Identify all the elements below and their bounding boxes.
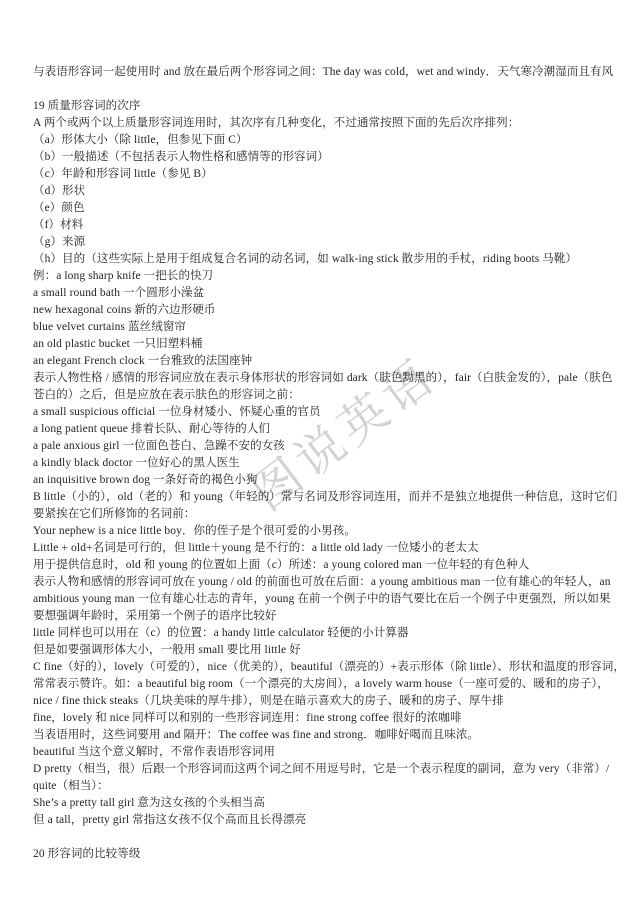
text-line: （d）形状 — [33, 183, 640, 200]
text-line: beautiful 当这个意义解时，不常作表语形容词用 — [33, 744, 640, 761]
text-line: 20 形容词的比较等级 — [33, 846, 640, 863]
text-line: an elegant French clock 一台雅致的法国座钟 — [33, 353, 640, 370]
text-line: Little + old+名词是可行的，但 little＋young 是不行的：… — [33, 540, 640, 557]
text-line: new hexagonal coins 新的六边形硬币 — [33, 302, 640, 319]
blank-line — [33, 829, 640, 846]
text-line: C fine（好的），lovely（可爱的），nice（优美的），beautif… — [33, 659, 640, 676]
text-line: （a）形体大小（除 little，但参见下面 C） — [33, 132, 640, 149]
text-line: blue velvet curtains 蓝丝绒窗帘 — [33, 319, 640, 336]
text-line: 但是如要强调形体大小，一般用 small 要比用 little 好 — [33, 642, 640, 659]
text-line: （h）目的（这些实际上是用于组成复合名词的动名词，如 walk-ing stic… — [33, 251, 640, 268]
text-line: Your nephew is a nice little boy．你的侄子是个很… — [33, 523, 640, 540]
text-line: nice / fine thick steaks（几块美味的厚牛排），则是在暗示… — [33, 693, 640, 710]
text-line: 表示人物性格 / 感情的形容词应放在表示身体形状的形容词如 dark（肤色黝黑的… — [33, 370, 640, 387]
text-line: ambitious young man 一位有雄心壮志的青年，young 在前一… — [33, 591, 640, 608]
text-line: She’s a pretty tall girl 意为这女孩的个头相当高 — [33, 795, 640, 812]
text-line: an inquisitive brown dog 一条好奇的褐色小狗 — [33, 472, 640, 489]
blank-line — [33, 81, 640, 98]
text-line: 当表语用时，这些词要用 and 隔开：The coffee was fine a… — [33, 727, 640, 744]
text-line: a kindly black doctor 一位好心的黑人医生 — [33, 455, 640, 472]
text-line: fine，lovely 和 nice 同样可以和别的一些形容词连用：fine s… — [33, 710, 640, 727]
text-line: 用于提供信息时，old 和 young 的位置如上面（c）所述：a young … — [33, 557, 640, 574]
text-line: A 两个或两个以上质量形容词连用时，其次序有几种变化，不过通常按照下面的先后次序… — [33, 115, 640, 132]
text-line: an old plastic bucket 一只旧塑料桶 — [33, 336, 640, 353]
document-page: 图说英语 与表语形容词一起使用时 and 放在最后两个形容词之间：The day… — [0, 0, 640, 905]
text-line: a pale anxious girl 一位面色苍白、急躁不安的女孩 — [33, 438, 640, 455]
text-line: 19 质量形容词的次序 — [33, 98, 640, 115]
text-line: a small suspicious official 一位身材矮小、怀疑心重的… — [33, 404, 640, 421]
text-line: 但 a tall，pretty girl 常指这女孩不仅个高而且长得漂亮 — [33, 812, 640, 829]
text-line: 表示人物和感情的形容词可放在 young / old 的前面也可放在后面：a y… — [33, 574, 640, 591]
text-line: 苍白的）之后，但是应放在表示肤色的形容词之前： — [33, 387, 640, 404]
text-line: 常常表示赞许。如：a beautiful big room（一个漂亮的大房间），… — [33, 676, 640, 693]
text-line: 与表语形容词一起使用时 and 放在最后两个形容词之间：The day was … — [33, 64, 640, 81]
document-content: 与表语形容词一起使用时 and 放在最后两个形容词之间：The day was … — [33, 64, 640, 863]
text-line: a long patient queue 排着长队、耐心等待的人们 — [33, 421, 640, 438]
text-line: 要紧挨在它们所修饰的名词前： — [33, 506, 640, 523]
text-line: 例：a long sharp knife 一把长的快刀 — [33, 268, 640, 285]
text-line: （g）来源 — [33, 234, 640, 251]
text-line: （b）一般描述（不包括表示人物性格和感情等的形容词） — [33, 149, 640, 166]
text-line: （e）颜色 — [33, 200, 640, 217]
text-line: （c）年龄和形容词 little（参见 B） — [33, 166, 640, 183]
text-line: a small round bath 一个圆形小澡盆 — [33, 285, 640, 302]
text-line: 要想强调年龄时，采用第一个例子的语序比较好 — [33, 608, 640, 625]
text-line: little 同样也可以用在（c）的位置：a handy little calc… — [33, 625, 640, 642]
text-line: quite（相当）： — [33, 778, 640, 795]
text-line: D pretty（相当，很）后跟一个形容词而这两个词之间不用逗号时，它是一个表示… — [33, 761, 640, 778]
text-line: B little（小的），old（老的）和 young（年轻的）常与名词及形容词… — [33, 489, 640, 506]
text-line: （f）材料 — [33, 217, 640, 234]
